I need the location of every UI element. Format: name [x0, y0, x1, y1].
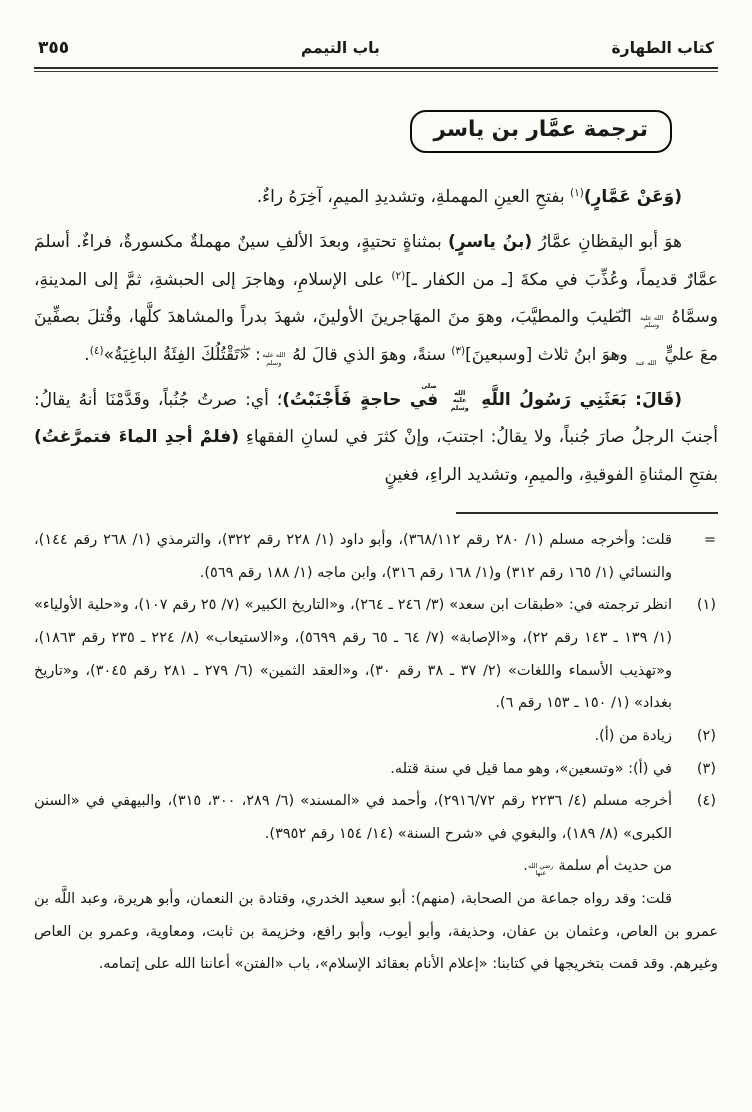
footnote-entry: (٣) في (أ): «وتسعين»، وهو مما قيل في سنة… [34, 753, 718, 786]
honorific-mark: رضي الله عنها [528, 863, 554, 878]
footnote-text: قلت: وأخرجه مسلم (١/ ٢٨٠ رقم ٣٦٨/١١٢)، و… [34, 524, 672, 589]
footnote-number: (٢) [672, 720, 718, 753]
footnote-continuation-marker: = [672, 524, 718, 557]
footnote-addendum-line: من حديث أم سلمة رضي الله عنها. [34, 850, 672, 883]
footnote-number: (٤) [672, 785, 718, 818]
footnote-entry: (١) انظر ترجمته في: «طبقات ابن سعد» (٣/ … [34, 589, 718, 720]
page-number: ٣٥٥ [38, 38, 69, 58]
footnote-text: انظر ترجمته في: «طبقات ابن سعد» (٣/ ٢٤٦ … [34, 589, 672, 720]
footnote-addendum-paragraph: قلت: وقد رواه جماعة من الصحابة، (منهم): … [34, 883, 718, 981]
footnote-separator [456, 512, 718, 514]
section-title-box: ترجمة عمَّار بن ياسر [410, 110, 673, 153]
honorific-mark: صلى الله عليه وسلم [447, 383, 473, 413]
body-paragraph-3: (قَالَ: بَعَثَنِي رَسُولُ اللَّهِ صلى ال… [34, 382, 718, 494]
footnote-entry: (٤) أخرجه مسلم (٤/ ٢٢٣٦ رقم ٢٩١٦/٧٢)، وأ… [34, 785, 718, 850]
footnote-text: زيادة من (أ). [34, 720, 672, 753]
honorific-mark: صلى الله عليه وسلم [261, 345, 287, 367]
page-header: كتاب الطهارة باب التيمم ٣٥٥ [34, 38, 718, 58]
footnote-text: أخرجه مسلم (٤/ ٢٢٣٦ رقم ٢٩١٦/٧٢)، وأحمد … [34, 785, 672, 850]
footnotes-section: = قلت: وأخرجه مسلم (١/ ٢٨٠ رقم ٣٦٨/١١٢)،… [34, 524, 718, 981]
chapter-title: باب التيمم [301, 39, 380, 57]
body-text: (وَعَنْ عَمَّارٍ)(١) بفتحِ العينِ المهمل… [34, 179, 718, 494]
body-paragraph-1: (وَعَنْ عَمَّارٍ)(١) بفتحِ العينِ المهمل… [34, 179, 718, 216]
section-title: ترجمة عمَّار بن ياسر [434, 117, 649, 142]
footnote-number: (١) [672, 589, 718, 622]
header-rule [34, 67, 718, 72]
footnote-entry: = قلت: وأخرجه مسلم (١/ ٢٨٠ رقم ٣٦٨/١١٢)،… [34, 524, 718, 589]
footnote-text: في (أ): «وتسعين»، وهو مما قيل في سنة قتل… [34, 753, 672, 786]
honorific-mark: صلى الله عليه وسلم [639, 307, 665, 329]
honorific-mark: رضي الله عنه [633, 352, 659, 367]
book-page: كتاب الطهارة باب التيمم ٣٥٥ ترجمة عمَّار… [0, 0, 752, 1112]
footnote-number: (٣) [672, 753, 718, 786]
footnote-entry: (٢) زيادة من (أ). [34, 720, 718, 753]
body-paragraph-2: هوَ أبو اليقظانِ عمَّارُ (بنُ ياسرٍ) بمث… [34, 224, 718, 374]
book-title: كتاب الطهارة [612, 39, 715, 57]
